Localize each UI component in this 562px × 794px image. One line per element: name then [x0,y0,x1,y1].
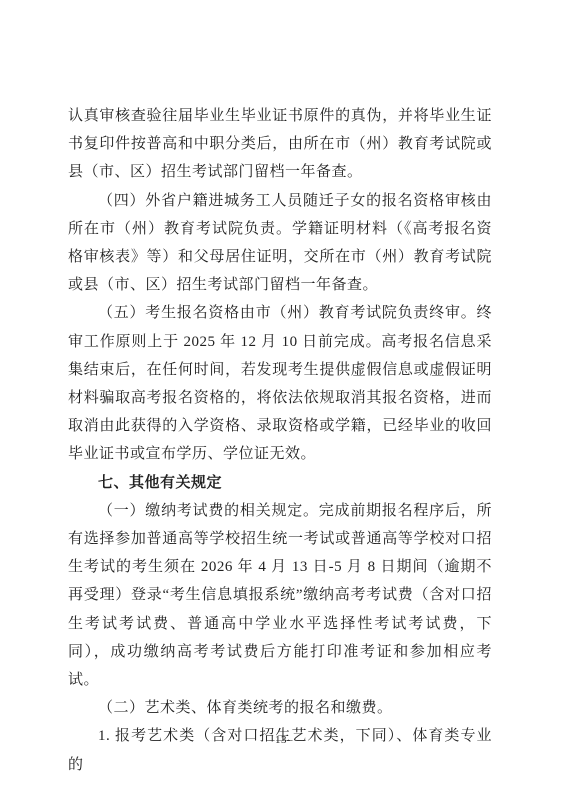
document-page: 认真审核查验往届毕业生毕业证书原件的真伪，并将毕业生证书复印件按普高和中职分类后… [0,0,562,794]
paragraph-item-four: （四）外省户籍进城务工人员随迁子女的报名资格审核由所在市（州）教育考试院负责。学… [68,187,492,300]
page-number: –13– [0,733,562,747]
document-body: 认真审核查验往届毕业生毕业证书原件的真伪，并将毕业生证书复印件按普高和中职分类后… [68,102,492,779]
section-heading-seven: 七、其他有关规定 [68,469,492,497]
paragraph-item-one: （一）缴纳考试费的相关规定。完成前期报名程序后，所有选择参加普通高等学校招生统一… [68,497,492,694]
paragraph-continuation: 认真审核查验往届毕业生毕业证书原件的真伪，并将毕业生证书复印件按普高和中职分类后… [68,102,492,187]
paragraph-item-five: （五）考生报名资格由市（州）教育考试院负责终审。终审工作原则上于 2025 年 … [68,299,492,468]
paragraph-numbered-one: 1. 报考艺术类（含对口招生艺术类，下同）、体育类专业的 [68,722,492,778]
paragraph-item-two: （二）艺术类、体育类统考的报名和缴费。 [68,694,492,722]
